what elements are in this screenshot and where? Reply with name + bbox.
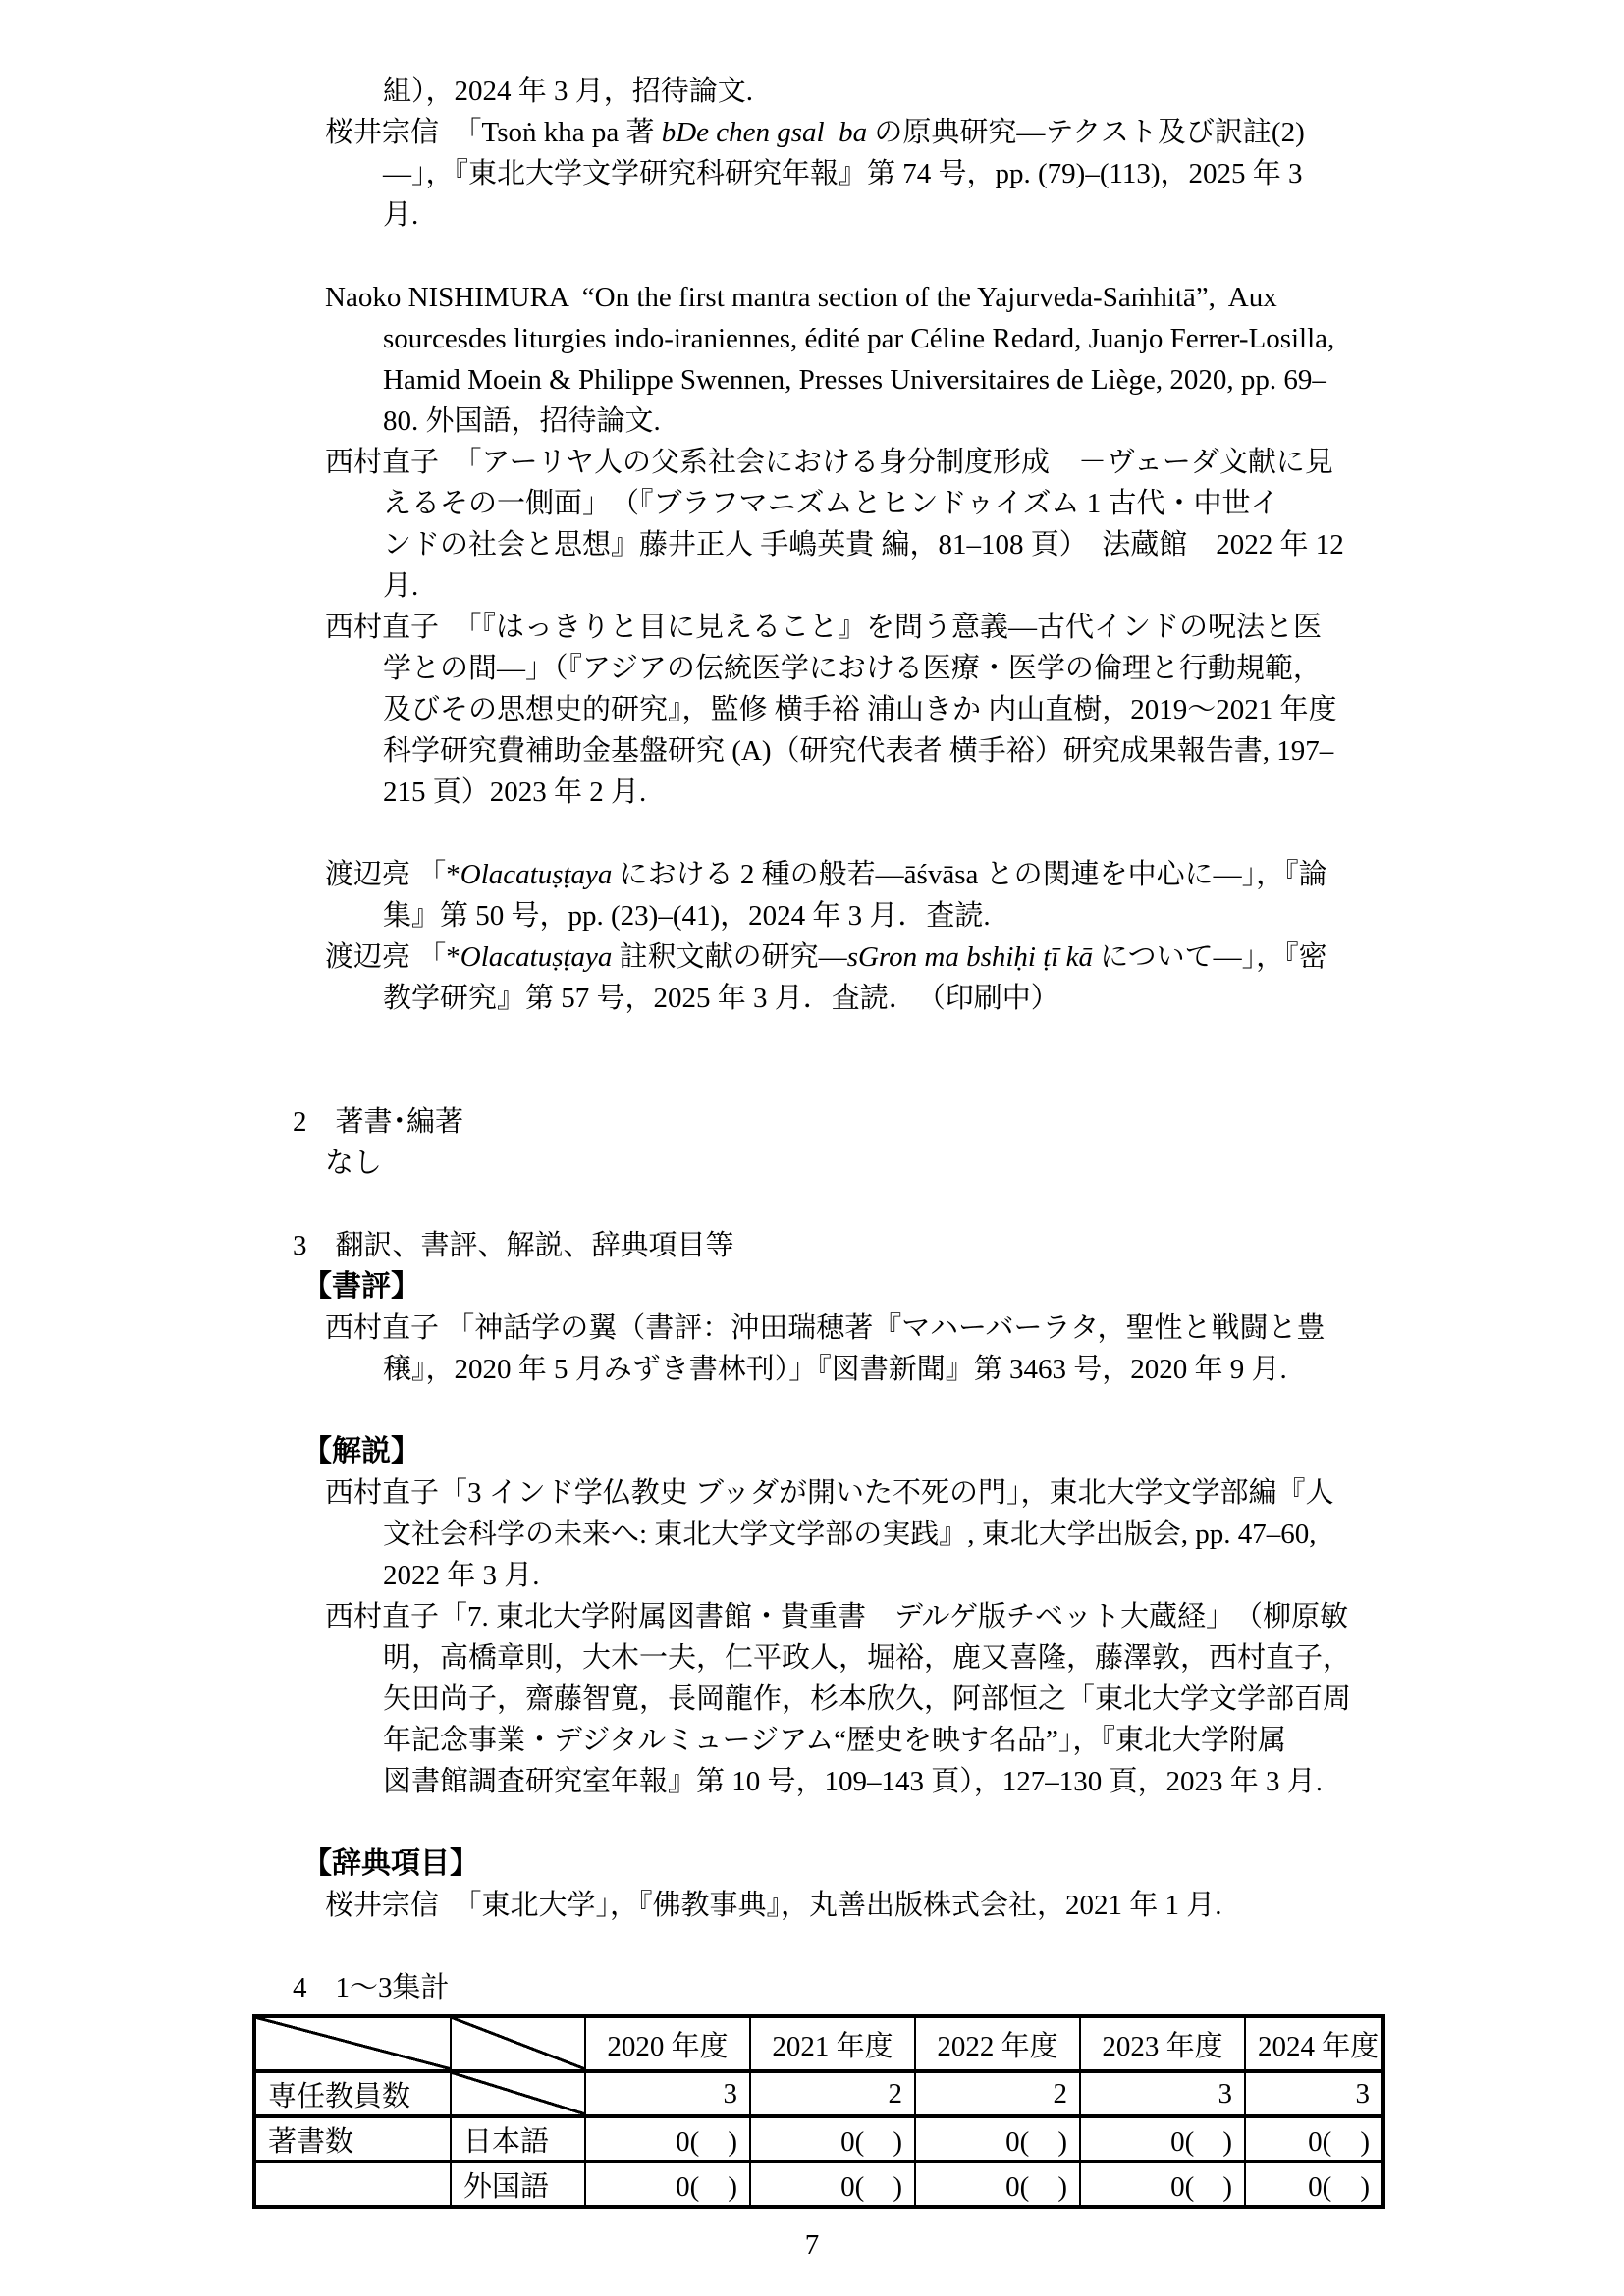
blank-line (0, 1019, 1624, 1060)
row-sublabel-cell: 日本語 (451, 2116, 585, 2162)
year-header-cell: 2022 年度 (915, 2016, 1080, 2071)
text-segment: Naoko NISHIMURA “On the first mantra sec… (325, 282, 1277, 313)
text-line: 渡辺亮 「*Olacatuṣṭaya における 2 種の般若—āśvāsa との… (0, 854, 1624, 895)
summary-table-body: 専任教員数32233著書数日本語0( )0( )0( )0( )0( )外国語0… (254, 2071, 1383, 2207)
text-segment: 2 著書･編著 (293, 1106, 463, 1138)
row-label-cell (254, 2162, 451, 2207)
summary-header-row: 2020 年度2021 年度2022 年度2023 年度2024 年度 (254, 2016, 1383, 2071)
summary-table: 2020 年度2021 年度2022 年度2023 年度2024 年度 専任教員… (252, 2014, 1385, 2209)
text-segment: 西村直子 「神話学の翼（書評：沖田瑞穂著『マハーバーラタ，聖性と戦闘と豊 (325, 1312, 1325, 1344)
table-row: 外国語0( )0( )0( )0( )0( ) (254, 2162, 1383, 2207)
text-line: 矢田尚子，齋藤智寛，長岡龍作，杉本欣久，阿部恒之「東北大学文学部百周 (0, 1679, 1624, 1720)
table-row: 著書数日本語0( )0( )0( )0( )0( ) (254, 2116, 1383, 2162)
text-segment: 学との間—」（『アジアの伝統医学における医療・医学の倫理と行動規範， (383, 653, 1322, 684)
text-segment: ンドの社会と思想』藤井正人 手嶋英貴 編，81–108 頁） 法蔵館 2022 … (383, 529, 1344, 561)
text-line: 科学研究費補助金基盤研究 (A)（研究代表者 横手裕）研究成果報告書, 197– (0, 730, 1624, 772)
text-line: —」，『東北大学文学研究科研究年報』第 74 号，pp. (79)–(113)，… (0, 153, 1624, 194)
diagonal-cell (254, 2016, 451, 2071)
text-segment: 年記念事業・デジタルミュージアム“歴史を映す名品”」，『東北大学附属 (383, 1725, 1286, 1756)
text-line: 月. (0, 565, 1624, 607)
blank-line (0, 1184, 1624, 1225)
text-segment: 矢田尚子，齋藤智寛，長岡龍作，杉本欣久，阿部恒之「東北大学文学部百周 (383, 1683, 1351, 1715)
diagonal-cell (451, 2016, 585, 2071)
text-segment: 月. (383, 570, 418, 602)
year-header-cell: 2020 年度 (585, 2016, 750, 2071)
text-line: 月. (0, 194, 1624, 236)
text-segment: 科学研究費補助金基盤研究 (A)（研究代表者 横手裕）研究成果報告書, 197– (383, 735, 1333, 767)
text-line: 【書評】 (0, 1266, 1624, 1308)
text-line: 及びその思想史的研究』，監修 横手裕 浦山きか 内山直樹，2019～2021 年… (0, 689, 1624, 730)
document-page: 組），2024 年 3 月，招待論文.桜井宗信 「Tsoṅ kha pa 著 b… (0, 0, 1624, 2296)
text-segment: について—」，『密 (1093, 941, 1327, 973)
blank-line (0, 1060, 1624, 1101)
value-cell: 3 (1080, 2071, 1245, 2116)
text-line: Naoko NISHIMURA “On the first mantra sec… (0, 277, 1624, 318)
value-cell: 0( ) (915, 2116, 1080, 2162)
italic-text-segment: Olacatuṣṭaya (460, 859, 613, 890)
text-segment: における 2 種の般若—āśvāsa との関連を中心に—」，『論 (612, 859, 1326, 890)
value-cell: 2 (750, 2071, 915, 2116)
text-line: 西村直子「3 インド学仏教史 ブッダが開いた不死の門」，東北大学文学部編『人 (0, 1472, 1624, 1514)
text-line: 【辞典項目】 (0, 1843, 1624, 1885)
text-line: えるその一側面」 （『ブラフマニズムとヒンドゥイズム 1 古代・中世イ (0, 483, 1624, 524)
value-cell: 0( ) (750, 2162, 915, 2207)
text-line: 図書館調査研究室年報』第 10 号，109–143 頁），127–130 頁，2… (0, 1761, 1624, 1802)
row-label-cell: 著書数 (254, 2116, 451, 2162)
text-segment: 組），2024 年 3 月，招待論文. (383, 76, 753, 107)
italic-text-segment: bDe chen gsal ba (662, 117, 867, 148)
text-line: 西村直子 「『はっきりと目に見えること』を問う意義—古代インドの呪法と医 (0, 607, 1624, 648)
text-line: 2022 年 3 月. (0, 1555, 1624, 1596)
text-line: 西村直子 「アーリヤ人の父系社会における身分制度形成 －ヴェーダ文献に見 (0, 442, 1624, 483)
text-line: 3 翻訳、書評、解説、辞典項目等 (0, 1225, 1624, 1266)
text-line: 教学研究』第 57 号，2025 年 3 月．査読． （印刷中） (0, 978, 1624, 1019)
blank-line (0, 1926, 1624, 1967)
text-segment: 註釈文献の研究— (612, 941, 846, 973)
text-segment: 3 翻訳、書評、解説、辞典項目等 (293, 1230, 734, 1261)
text-line: 西村直子「7. 東北大学附属図書館・貴重書 デルゲ版チベット大蔵経」 （柳原敏 (0, 1596, 1624, 1637)
text-line: 2 著書･編著 (0, 1101, 1624, 1143)
text-segment: 図書館調査研究室年報』第 10 号，109–143 頁），127–130 頁，2… (383, 1766, 1323, 1797)
text-line: sourcesdes liturgies indo-iraniennes, éd… (0, 318, 1624, 359)
text-line: なし (0, 1143, 1624, 1184)
text-segment: 及びその思想史的研究』，監修 横手裕 浦山きか 内山直樹，2019～2021 年… (383, 694, 1337, 725)
text-segment: 西村直子「7. 東北大学附属図書館・貴重書 デルゲ版チベット大蔵経」 （柳原敏 (325, 1601, 1348, 1632)
text-line: ンドの社会と思想』藤井正人 手嶋英貴 編，81–108 頁） 法蔵館 2022 … (0, 524, 1624, 565)
text-segment: 文社会科学の未来へ: 東北大学文学部の実践』, 東北大学出版会, pp. 47–… (383, 1519, 1317, 1550)
text-segment: 渡辺亮 「* (325, 859, 460, 890)
value-cell: 0( ) (915, 2162, 1080, 2207)
table-row: 専任教員数32233 (254, 2071, 1383, 2116)
text-segment: 西村直子「3 インド学仏教史 ブッダが開いた不死の門」，東北大学文学部編『人 (325, 1477, 1333, 1509)
row-sublabel-cell: 外国語 (451, 2162, 585, 2207)
diagonal-cell (451, 2071, 585, 2116)
text-segment: 西村直子 「『はっきりと目に見えること』を問う意義—古代インドの呪法と医 (325, 612, 1322, 643)
row-label-cell: 専任教員数 (254, 2071, 451, 2116)
text-line: 年記念事業・デジタルミュージアム“歴史を映す名品”」，『東北大学附属 (0, 1720, 1624, 1761)
italic-text-segment: Olacatuṣṭaya (460, 941, 613, 973)
text-segment: なし (325, 1148, 382, 1179)
value-cell: 3 (1245, 2071, 1383, 2116)
text-line: 組），2024 年 3 月，招待論文. (0, 71, 1624, 112)
text-segment: 【辞典項目】 (302, 1847, 479, 1880)
blank-line (0, 1390, 1624, 1431)
text-segment: 月. (383, 199, 418, 231)
year-header-cell: 2021 年度 (750, 2016, 915, 2071)
text-segment: 穣』，2020 年 5 月みずき書林刊）」『図書新聞』第 3463 号，2020… (383, 1354, 1287, 1385)
value-cell: 0( ) (750, 2116, 915, 2162)
page-number: 7 (0, 2224, 1624, 2266)
blank-line (0, 236, 1624, 277)
text-segment: 集』第 50 号，pp. (23)–(41)，2024 年 3 月．査読. (383, 900, 991, 932)
value-cell: 0( ) (585, 2162, 750, 2207)
text-segment: 80. 外国語，招待論文. (383, 405, 661, 437)
text-line: 桜井宗信 「Tsoṅ kha pa 著 bDe chen gsal ba の原典… (0, 112, 1624, 153)
value-cell: 3 (585, 2071, 750, 2116)
text-line: 明，高橋章則，大木一夫，仁平政人，堀裕，鹿又喜隆，藤澤敦，西村直子， (0, 1637, 1624, 1679)
text-segment: Hamid Moein & Philippe Swennen, Presses … (383, 364, 1326, 396)
value-cell: 0( ) (585, 2116, 750, 2162)
value-cell: 0( ) (1245, 2116, 1383, 2162)
text-segment: 教学研究』第 57 号，2025 年 3 月．査読． （印刷中） (383, 983, 1059, 1014)
text-segment: 215 頁）2023 年 2 月. (383, 776, 646, 808)
value-cell: 0( ) (1080, 2116, 1245, 2162)
text-line: 文社会科学の未来へ: 東北大学文学部の実践』, 東北大学出版会, pp. 47–… (0, 1514, 1624, 1555)
blank-line (0, 813, 1624, 854)
text-segment: 桜井宗信 「東北大学」，『佛教事典』，丸善出版株式会社，2021 年 1 月. (325, 1890, 1222, 1921)
year-header-cell: 2024 年度 (1245, 2016, 1383, 2071)
text-line: 【解説】 (0, 1431, 1624, 1472)
text-segment: 4 1～3集計 (293, 1972, 450, 2003)
value-cell: 0( ) (1080, 2162, 1245, 2207)
value-cell: 2 (915, 2071, 1080, 2116)
text-segment: えるその一側面」 （『ブラフマニズムとヒンドゥイズム 1 古代・中世イ (383, 488, 1279, 519)
text-segment: 【解説】 (302, 1435, 420, 1468)
text-line: 4 1～3集計 (0, 1967, 1624, 2008)
text-segment: 2022 年 3 月. (383, 1560, 540, 1591)
text-segment: 桜井宗信 「Tsoṅ kha pa 著 (325, 117, 662, 148)
blank-line (0, 1802, 1624, 1843)
year-header-cell: 2023 年度 (1080, 2016, 1245, 2071)
text-line: 穣』，2020 年 5 月みずき書林刊）」『図書新聞』第 3463 号，2020… (0, 1349, 1624, 1390)
text-segment: 明，高橋章則，大木一夫，仁平政人，堀裕，鹿又喜隆，藤澤敦，西村直子， (383, 1642, 1351, 1674)
text-line: 桜井宗信 「東北大学」，『佛教事典』，丸善出版株式会社，2021 年 1 月. (0, 1885, 1624, 1926)
italic-text-segment: sGron ma bshiḥi ṭī kā (847, 941, 1093, 973)
text-line: 西村直子 「神話学の翼（書評：沖田瑞穂著『マハーバーラタ，聖性と戦闘と豊 (0, 1308, 1624, 1349)
text-segment: sourcesdes liturgies indo-iraniennes, éd… (383, 323, 1334, 354)
text-line: 渡辺亮 「*Olacatuṣṭaya 註釈文献の研究—sGron ma bshi… (0, 936, 1624, 978)
text-segment: 渡辺亮 「* (325, 941, 460, 973)
text-segment: 西村直子 「アーリヤ人の父系社会における身分制度形成 －ヴェーダ文献に見 (325, 447, 1333, 478)
text-line: Hamid Moein & Philippe Swennen, Presses … (0, 359, 1624, 400)
document-lines: 組），2024 年 3 月，招待論文.桜井宗信 「Tsoṅ kha pa 著 b… (0, 0, 1624, 2008)
value-cell: 0( ) (1245, 2162, 1383, 2207)
text-segment: —」，『東北大学文学研究科研究年報』第 74 号，pp. (79)–(113)，… (383, 158, 1303, 189)
text-line: 80. 外国語，招待論文. (0, 400, 1624, 442)
text-line: 215 頁）2023 年 2 月. (0, 772, 1624, 813)
text-segment: 【書評】 (302, 1270, 420, 1303)
text-line: 学との間—」（『アジアの伝統医学における医療・医学の倫理と行動規範， (0, 648, 1624, 689)
text-segment: の原典研究—テクスト及び訳註(2) (867, 117, 1305, 148)
text-line: 集』第 50 号，pp. (23)–(41)，2024 年 3 月．査読. (0, 895, 1624, 936)
